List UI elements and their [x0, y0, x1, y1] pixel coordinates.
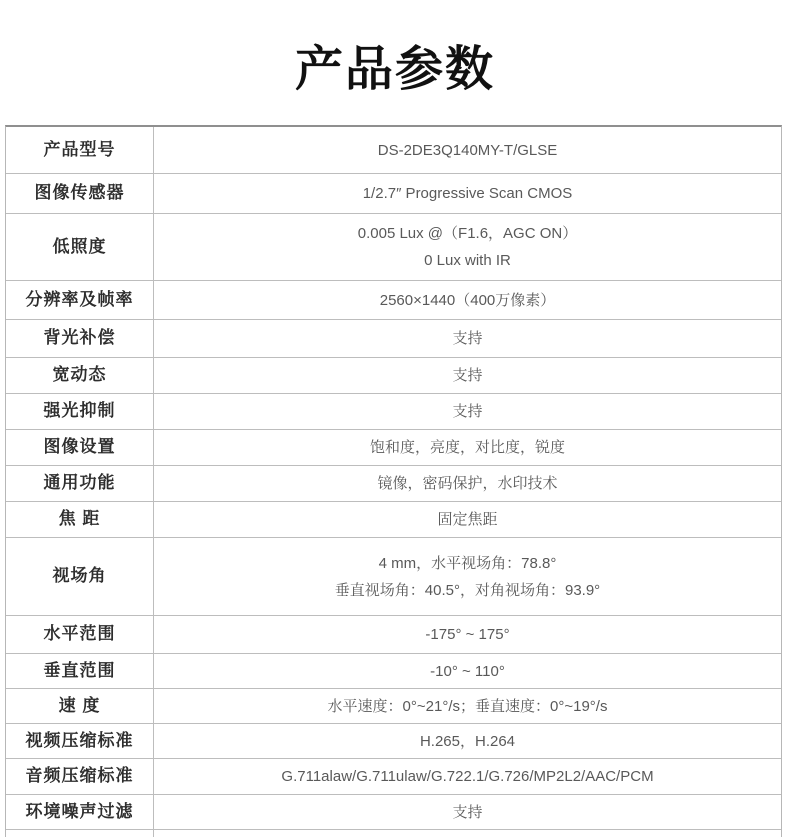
spec-label: 图像设置	[6, 430, 154, 465]
spec-value-line: 固定焦距	[437, 506, 497, 533]
spec-value: 1/2.7″ Progressive Scan CMOS	[154, 174, 781, 213]
spec-value: 饱和度，亮度，对比度，锐度	[154, 430, 781, 465]
spec-value: 支持	[154, 358, 781, 393]
spec-row-focal-length: 焦 距 固定焦距	[6, 502, 781, 538]
spec-row-hlc: 强光抑制 支持	[6, 394, 781, 430]
spec-label: 焦 距	[6, 502, 154, 537]
spec-row-video-compression: 视频压缩标准 H.265，H.264	[6, 724, 781, 759]
spec-label: 环境噪声过滤	[6, 795, 154, 829]
spec-row-speed: 速 度 水平速度：0°~21°/s；垂直速度：0°~19°/s	[6, 689, 781, 724]
spec-label: 产品型号	[6, 127, 154, 173]
spec-label: 宽动态	[6, 358, 154, 393]
spec-value: 固定焦距	[154, 502, 781, 537]
spec-value-line: 垂直视场角：40.5°，对角视场角：93.9°	[335, 577, 600, 604]
spec-value-line: 水平速度：0°~21°/s；垂直速度：0°~19°/s	[328, 693, 608, 720]
spec-row-product-model: 产品型号 DS-2DE3Q140MY-T/GLSE	[6, 127, 781, 174]
spec-value: 支持	[154, 795, 781, 829]
spec-label: 低照度	[6, 214, 154, 280]
spec-row-pan-range: 水平范围 -175° ~ 175°	[6, 616, 781, 654]
spec-label: 分辨率及帧率	[6, 281, 154, 319]
spec-value: H.265，H.264	[154, 724, 781, 758]
spec-row-image-settings: 图像设置 饱和度，亮度，对比度，锐度	[6, 430, 781, 466]
product-spec-table: 产品型号 DS-2DE3Q140MY-T/GLSE 图像传感器 1/2.7″ P…	[5, 125, 782, 837]
spec-row-blc: 背光补偿 支持	[6, 320, 781, 358]
spec-value-line: 1/2.7″ Progressive Scan CMOS	[363, 180, 573, 207]
spec-label	[6, 830, 154, 837]
spec-value-line: 支持	[452, 325, 482, 352]
spec-value-line: 2560×1440（400万像素）	[380, 287, 556, 314]
spec-label: 图像传感器	[6, 174, 154, 213]
spec-value: 0.005 Lux @（F1.6，AGC ON） 0 Lux with IR	[154, 214, 781, 280]
spec-row-noise-filtering: 环境噪声过滤 支持	[6, 795, 781, 830]
spec-value: 支持	[154, 394, 781, 429]
spec-value	[154, 830, 781, 837]
spec-label: 速 度	[6, 689, 154, 723]
spec-value: 支持	[154, 320, 781, 357]
spec-value-line: 饱和度，亮度，对比度，锐度	[370, 434, 565, 461]
spec-value-line: -10° ~ 110°	[430, 658, 505, 685]
spec-row-min-illumination: 低照度 0.005 Lux @（F1.6，AGC ON） 0 Lux with …	[6, 214, 781, 281]
spec-row-partial-clipped	[6, 830, 781, 837]
page-title: 产品参数	[0, 40, 790, 100]
spec-label: 视频压缩标准	[6, 724, 154, 758]
spec-value: 水平速度：0°~21°/s；垂直速度：0°~19°/s	[154, 689, 781, 723]
spec-value-line: 支持	[452, 362, 482, 389]
spec-label: 垂直范围	[6, 654, 154, 688]
spec-row-general-functions: 通用功能 镜像，密码保护，水印技术	[6, 466, 781, 502]
spec-value: G.711alaw/G.711ulaw/G.722.1/G.726/MP2L2/…	[154, 759, 781, 794]
spec-value-line: G.711alaw/G.711ulaw/G.722.1/G.726/MP2L2/…	[281, 763, 653, 790]
spec-label: 音频压缩标准	[6, 759, 154, 794]
spec-value-line: -175° ~ 175°	[425, 621, 509, 648]
spec-value: DS-2DE3Q140MY-T/GLSE	[154, 127, 781, 173]
spec-value: 4 mm，水平视场角：78.8° 垂直视场角：40.5°，对角视场角：93.9°	[154, 538, 781, 615]
spec-label: 背光补偿	[6, 320, 154, 357]
spec-value-line: 0.005 Lux @（F1.6，AGC ON）	[358, 220, 577, 247]
spec-label: 强光抑制	[6, 394, 154, 429]
spec-value: -10° ~ 110°	[154, 654, 781, 688]
spec-row-field-of-view: 视场角 4 mm，水平视场角：78.8° 垂直视场角：40.5°，对角视场角：9…	[6, 538, 781, 616]
spec-value-line: 0 Lux with IR	[424, 247, 511, 274]
spec-label: 视场角	[6, 538, 154, 615]
spec-row-resolution: 分辨率及帧率 2560×1440（400万像素）	[6, 281, 781, 320]
spec-label: 通用功能	[6, 466, 154, 501]
spec-value: 2560×1440（400万像素）	[154, 281, 781, 319]
spec-value-line: 镜像，密码保护，水印技术	[377, 470, 557, 497]
spec-value-line: H.265，H.264	[420, 728, 515, 755]
spec-value-line: DS-2DE3Q140MY-T/GLSE	[378, 137, 558, 164]
spec-label: 水平范围	[6, 616, 154, 653]
spec-row-image-sensor: 图像传感器 1/2.7″ Progressive Scan CMOS	[6, 174, 781, 214]
spec-row-audio-compression: 音频压缩标准 G.711alaw/G.711ulaw/G.722.1/G.726…	[6, 759, 781, 795]
spec-row-tilt-range: 垂直范围 -10° ~ 110°	[6, 654, 781, 689]
spec-value-line: 支持	[452, 799, 482, 826]
spec-row-wdr: 宽动态 支持	[6, 358, 781, 394]
spec-value-line: 支持	[452, 398, 482, 425]
spec-value-line: 4 mm，水平视场角：78.8°	[379, 550, 557, 577]
spec-value: 镜像，密码保护，水印技术	[154, 466, 781, 501]
spec-value: -175° ~ 175°	[154, 616, 781, 653]
